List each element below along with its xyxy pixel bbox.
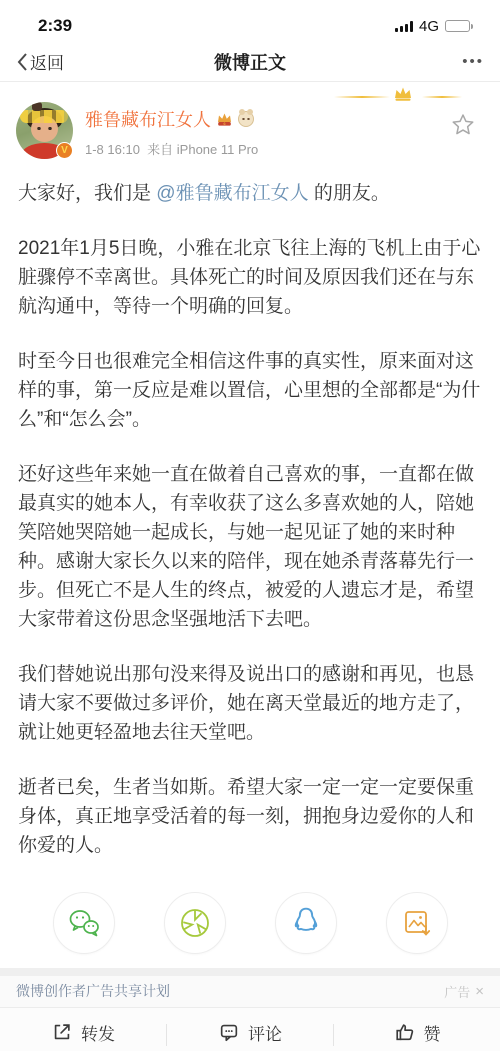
paragraph-intro: 大家好，我们是 @雅鲁藏布江女人 的朋友。 [18, 179, 482, 208]
separator-band [0, 968, 500, 976]
paragraph: 时至今日也很难完全相信这件事的真实性，原来面对这样的事，第一反应是难以置信，心里… [18, 347, 482, 434]
comment-icon [218, 1021, 240, 1043]
intro-prefix: 大家好，我们是 [18, 183, 156, 204]
ad-title[interactable]: 微博创作者广告共享计划 [16, 981, 170, 1001]
avatar-sticker-figure [32, 102, 42, 111]
post-header: V 雅鲁藏布江女人 6 1-8 16:10 来自 iPhone 11 Pro [0, 94, 500, 159]
animal-face-badge-icon [238, 111, 254, 127]
ad-tag: 广告 [444, 982, 470, 1001]
paragraph: 2021年1月5日晚，小雅在北京飞往上海的飞机上由于心脏骤停不幸离世。具体死亡的… [18, 234, 482, 321]
author-name[interactable]: 雅鲁藏布江女人 [85, 106, 211, 132]
battery-icon [445, 20, 470, 32]
bottom-action-bar: 转发 评论 赞 [0, 1007, 500, 1051]
signal-strength-icon [395, 21, 413, 32]
like-icon [394, 1021, 416, 1043]
network-type-label: 4G [419, 18, 439, 35]
share-qq-button[interactable] [275, 892, 337, 954]
paragraph: 逝者已矣，生者当如斯。希望大家一定一定一定要保重身体，真正地享受活着的每一刻，拥… [18, 773, 482, 860]
comment-button[interactable]: 评论 [167, 1016, 333, 1045]
chevron-left-icon [16, 52, 28, 72]
share-wechat-button[interactable] [53, 892, 115, 954]
post-card: V 雅鲁藏布江女人 6 1-8 16:10 来自 iPhone 11 Pro [0, 82, 500, 968]
weibo-post-screen: 2:39 4G 返回 微博正文 ••• [0, 0, 500, 1051]
share-row [0, 886, 500, 968]
paragraph: 还好这些年来她一直在做着自己喜欢的事，一直都在做最真实的她本人，有幸收获了这么多… [18, 460, 482, 634]
repost-button[interactable]: 转发 [0, 1016, 166, 1045]
mention-link[interactable]: @雅鲁藏布江女人 [156, 183, 308, 204]
favorite-star-button[interactable] [450, 112, 476, 143]
like-button[interactable]: 赞 [334, 1016, 500, 1045]
verified-v-badge: V [56, 142, 73, 159]
avatar-sticker-text [20, 110, 68, 123]
svg-text:6: 6 [224, 122, 226, 126]
vip-crown-badge-icon: 6 [216, 111, 233, 127]
share-moments-button[interactable] [164, 892, 226, 954]
repost-label: 转发 [81, 1020, 115, 1045]
intro-suffix: 的朋友。 [309, 183, 390, 204]
comment-label: 评论 [248, 1020, 282, 1045]
back-label: 返回 [30, 49, 64, 74]
post-content: 大家好，我们是 @雅鲁藏布江女人 的朋友。 2021年1月5日晚，小雅在北京飞往… [0, 159, 500, 886]
status-bar: 2:39 4G [0, 0, 500, 43]
post-meta: 1-8 16:10 来自 iPhone 11 Pro [85, 139, 450, 158]
ad-close-button[interactable]: × [475, 983, 484, 1000]
more-menu-button[interactable]: ••• [462, 53, 484, 70]
post-source: 来自 iPhone 11 Pro [147, 142, 258, 157]
wechat-icon [67, 908, 101, 938]
page-title: 微博正文 [0, 49, 500, 75]
like-label: 赞 [424, 1020, 441, 1045]
author-block: 雅鲁藏布江女人 6 1-8 16:10 来自 iPhone 11 Pro [73, 102, 450, 158]
status-time: 2:39 [30, 16, 72, 36]
post-time: 1-8 16:10 [85, 142, 140, 157]
moments-icon [179, 907, 211, 939]
back-button[interactable]: 返回 [16, 49, 64, 74]
repost-icon [51, 1021, 73, 1043]
nav-bar: 返回 微博正文 ••• [0, 43, 500, 82]
ad-banner: 微博创作者广告共享计划 广告 × [0, 976, 500, 1007]
paragraph: 我们替她说出那句没来得及说出口的感谢和再见，也恳请大家不要做过多评价，她在离天堂… [18, 660, 482, 747]
image-download-icon [401, 907, 433, 939]
qq-icon [291, 906, 321, 940]
share-save-image-button[interactable] [386, 892, 448, 954]
